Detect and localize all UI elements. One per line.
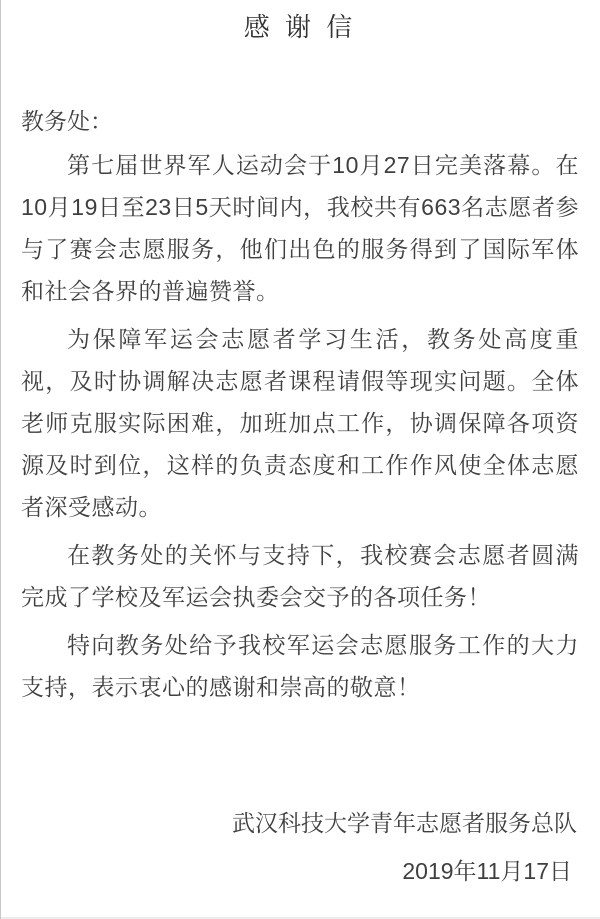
letter-paragraph: 特向教务处给予我校军运会志愿服务工作的大力支持，表示衷心的感谢和崇高的敬意！ [21,624,579,708]
page-edge-line [0,0,1,919]
letter-paragraph: 为保障军运会志愿者学习生活，教务处高度重视，及时协调解决志愿者课程请假等现实问题… [21,318,579,528]
letter-title: 感 谢 信 [21,12,579,42]
letter-salutation: 教务处： [21,106,579,136]
letter-content: 感 谢 信 教务处： 第七届世界军人运动会于10月27日完美落幕。在10月19日… [0,0,600,892]
letter-body: 第七届世界军人运动会于10月27日完美落幕。在10月19日至23日5天时间内，我… [21,144,579,708]
signature-block: 武汉科技大学青年志愿者服务总队 2019年11月17日 [21,802,579,892]
letter-date: 2019年11月17日 [21,850,579,892]
letter-paragraph: 第七届世界军人运动会于10月27日完美落幕。在10月19日至23日5天时间内，我… [21,144,579,312]
letter-paragraph: 在教务处的关怀与支持下，我校赛会志愿者圆满完成了学校及军运会执委会交予的各项任务… [21,534,579,618]
letter-signature: 武汉科技大学青年志愿者服务总队 [21,802,579,844]
letter-page: 感 谢 信 教务处： 第七届世界军人运动会于10月27日完美落幕。在10月19日… [0,0,600,919]
